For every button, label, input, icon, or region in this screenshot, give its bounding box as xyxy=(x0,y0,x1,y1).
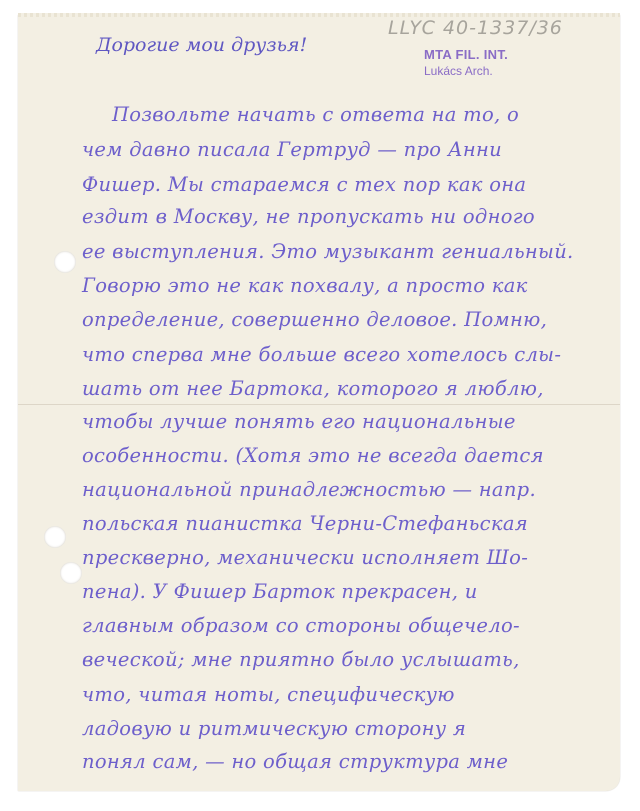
stamp-line-1: MTA FIL. INT. xyxy=(424,48,508,63)
text-line: национальной принадлежностью — напр. xyxy=(82,478,536,501)
text-line: Говорю это не как похвалу, а просто как xyxy=(82,274,528,297)
text-line: особенности. (Хотя это не всегда дается xyxy=(82,444,544,467)
punch-hole-bottom xyxy=(60,562,82,584)
text-line: ездит в Москву, не пропускать ни одного xyxy=(82,205,535,228)
text-line: польская пианистка Черни-Стефаньская xyxy=(82,512,528,535)
text-line: чтобы лучше понять его национальные xyxy=(82,410,516,433)
text-line: главным образом со стороны общечело- xyxy=(82,614,520,637)
text-line: Фишер. Мы стараемся с тех пор как она xyxy=(82,173,526,196)
text-line: определение, совершенно деловое. Помню, xyxy=(82,308,547,331)
text-line: Позвольте начать с ответа на то, о xyxy=(112,103,519,126)
text-line: ладовую и ритмическую сторону я xyxy=(82,717,466,740)
text-line: что, читая ноты, специфическую xyxy=(82,683,455,706)
text-line: шать от нее Бартока, которого я люблю, xyxy=(82,377,544,400)
text-line: понял сам, — но общая структура мне xyxy=(82,750,508,773)
archive-stamp: MTA FIL. INT. Lukács Arch. xyxy=(424,48,508,79)
text-line: прескверно, механически исполняет Шо- xyxy=(82,546,528,569)
punch-hole-top xyxy=(54,251,76,273)
text-line: ее выступления. Это музыкант гениальный. xyxy=(82,240,574,263)
text-line: чем давно писала Гертруд — про Анни xyxy=(82,138,502,161)
archive-number: LLYC 40-1337/36 xyxy=(388,17,563,39)
fold-crease xyxy=(18,404,620,405)
salutation: Дорогие мои друзья! xyxy=(96,34,307,56)
text-line: веческой; мне приятно было услышать, xyxy=(82,648,520,671)
text-line: пена). У Фишер Барток прекрасен, и xyxy=(82,580,478,603)
letter-sheet xyxy=(18,15,620,791)
text-line: что сперва мне больше всего хотелось слы… xyxy=(82,343,561,366)
punch-hole-middle xyxy=(44,526,66,548)
stamp-line-2: Lukács Arch. xyxy=(424,65,508,79)
